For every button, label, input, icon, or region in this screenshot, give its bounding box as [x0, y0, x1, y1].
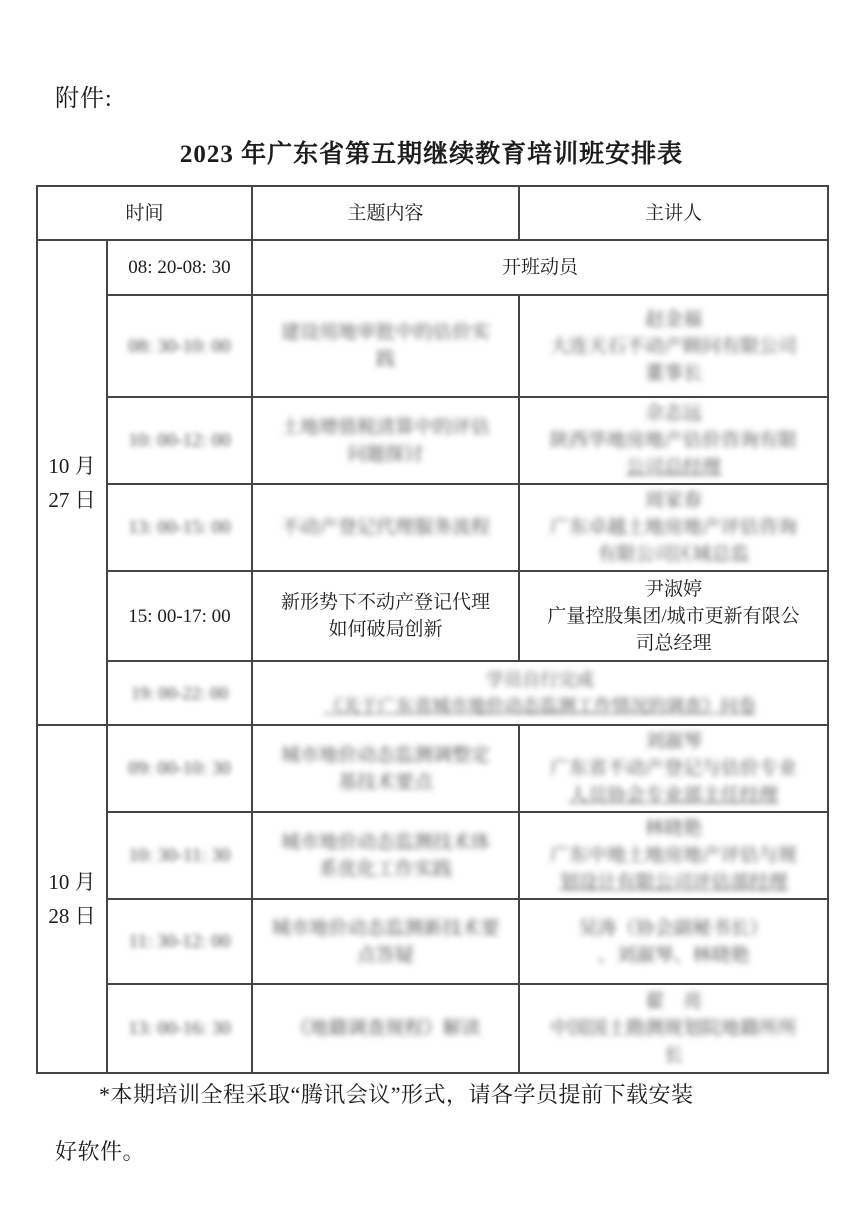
- topic-cell: 土地增值税清算中的评估 问题探讨: [252, 397, 519, 484]
- footnote: *本期培训全程采取“腾讯会议”形式，请各学员提前下载安装 好软件。: [55, 1066, 825, 1180]
- attachment-label: 附件:: [55, 78, 113, 113]
- speaker-cell: 刘淑琴 广东省不动产登记与估价专业人员协会专业部主任经理: [519, 725, 828, 812]
- document-page: 附件: 2023 年广东省第五期继续教育培训班安排表 时间 主题内容 主讲人 1…: [0, 0, 863, 1222]
- table-row: 08: 30-10: 00 建设用地审批中的估价实 践 赵金福 大连天石不动产顾…: [37, 295, 828, 397]
- page-title: 2023 年广东省第五期继续教育培训班安排表: [0, 134, 863, 170]
- time-cell: 08: 30-10: 00: [107, 295, 252, 397]
- time-cell: 09: 00-10: 30: [107, 725, 252, 812]
- speaker-cell: 周家春 广东卓越土地房地产评估咨询 有限公司区域总监: [519, 484, 828, 571]
- schedule-table: 时间 主题内容 主讲人 10 月 27 日 08: 20-08: 30 开班动员…: [36, 185, 829, 1074]
- time-cell: 19: 00-22: 00: [107, 661, 252, 725]
- header-speaker: 主讲人: [519, 186, 828, 240]
- time-cell: 13: 00-15: 00: [107, 484, 252, 571]
- footnote-line-2: 好软件。: [55, 1123, 825, 1180]
- merged-cell: 开班动员: [252, 240, 828, 295]
- day-cell-oct28: 10 月 28 日: [37, 725, 107, 1073]
- topic-cell: 城市地价动态监测新技术要 点答疑: [252, 899, 519, 984]
- table-row: 15: 00-17: 00 新形势下不动产登记代理 如何破局创新 尹淑婷 广量控…: [37, 571, 828, 661]
- table-row: 10 月 28 日 09: 00-10: 30 城市地价动态监测调整定 基技术要…: [37, 725, 828, 812]
- topic-cell: 不动产登记代理服务流程: [252, 484, 519, 571]
- speaker-cell: 赵金福 大连天石不动产顾问有限公司 董事长: [519, 295, 828, 397]
- table-row: 10: 30-11: 30 城市地价动态监测技术体 系优化工作实践 林晓艳 广东…: [37, 812, 828, 899]
- time-cell: 11: 30-12: 00: [107, 899, 252, 984]
- topic-cell: 新形势下不动产登记代理 如何破局创新: [252, 571, 519, 661]
- speaker-cell: 翟 亮 中国国土勘测规划院地籍所所 长: [519, 984, 828, 1073]
- speaker-cell: 佘志远 陕西华地房地产估价咨询有限公司总经理: [519, 397, 828, 484]
- time-cell: 08: 20-08: 30: [107, 240, 252, 295]
- table-row: 10 月 27 日 08: 20-08: 30 开班动员: [37, 240, 828, 295]
- table-row: 13: 00-16: 30 《地籍调查规程》解读 翟 亮 中国国土勘测规划院地籍…: [37, 984, 828, 1073]
- topic-cell: 建设用地审批中的估价实 践: [252, 295, 519, 397]
- header-topic: 主题内容: [252, 186, 519, 240]
- footnote-line-1: *本期培训全程采取“腾讯会议”形式，请各学员提前下载安装: [55, 1066, 825, 1123]
- time-cell: 10: 00-12: 00: [107, 397, 252, 484]
- table-row: 19: 00-22: 00 学员自行完成《关于广东省城市地价动态监测工作情况的调…: [37, 661, 828, 725]
- table-header-row: 时间 主题内容 主讲人: [37, 186, 828, 240]
- topic-cell: 城市地价动态监测调整定 基技术要点: [252, 725, 519, 812]
- time-cell: 15: 00-17: 00: [107, 571, 252, 661]
- speaker-cell: 林晓艳 广东中地土地房地产评估与规划设计有限公司评估部经理: [519, 812, 828, 899]
- time-cell: 13: 00-16: 30: [107, 984, 252, 1073]
- speaker-cell: 吴涛（协会副秘书长） 、刘淑琴、林晓艳: [519, 899, 828, 984]
- table-row: 11: 30-12: 00 城市地价动态监测新技术要 点答疑 吴涛（协会副秘书长…: [37, 899, 828, 984]
- topic-cell: 城市地价动态监测技术体 系优化工作实践: [252, 812, 519, 899]
- header-time: 时间: [37, 186, 252, 240]
- table-row: 10: 00-12: 00 土地增值税清算中的评估 问题探讨 佘志远 陕西华地房…: [37, 397, 828, 484]
- day-cell-oct27: 10 月 27 日: [37, 240, 107, 725]
- table-row: 13: 00-15: 00 不动产登记代理服务流程 周家春 广东卓越土地房地产评…: [37, 484, 828, 571]
- speaker-cell: 尹淑婷 广量控股集团/城市更新有限公 司总经理: [519, 571, 828, 661]
- merged-cell: 学员自行完成《关于广东省城市地价动态监测工作情况的调查》问卷: [252, 661, 828, 725]
- topic-cell: 《地籍调查规程》解读: [252, 984, 519, 1073]
- time-cell: 10: 30-11: 30: [107, 812, 252, 899]
